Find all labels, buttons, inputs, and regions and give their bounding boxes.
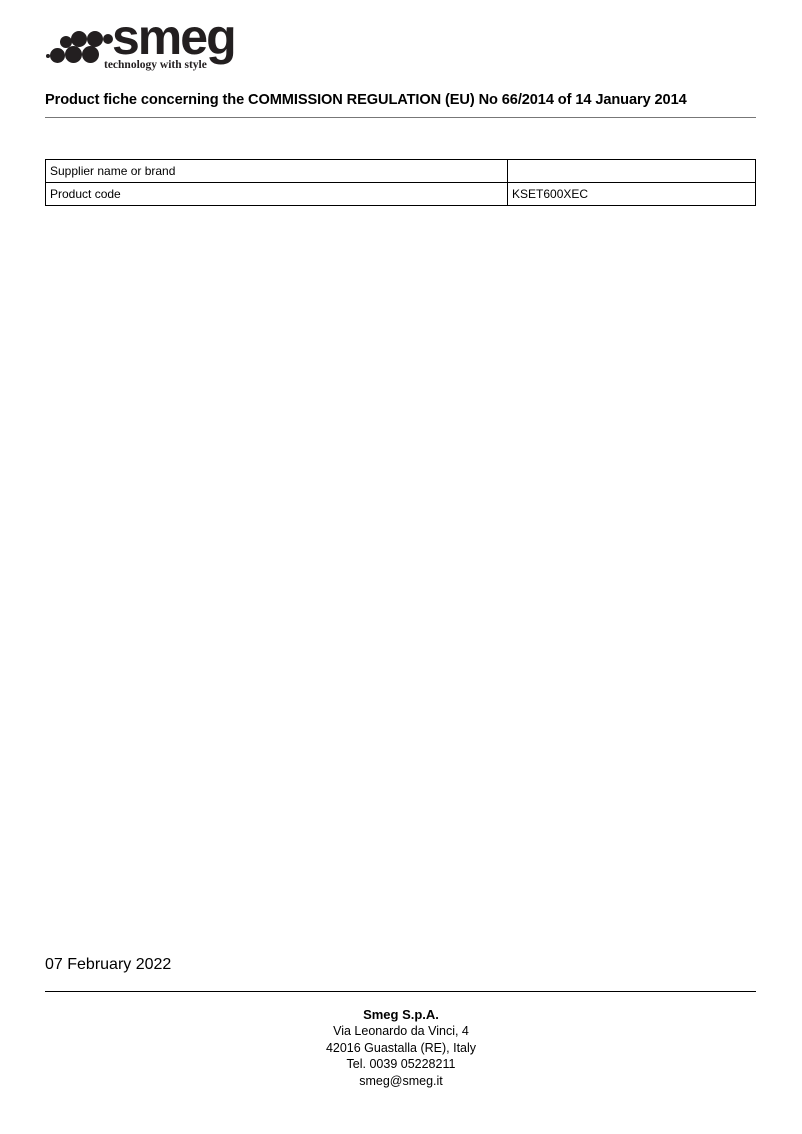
table-row: Product code KSET600XEC	[46, 183, 756, 206]
document-date: 07 February 2022	[45, 956, 171, 974]
product-fiche-table: Supplier name or brand Product code KSET…	[45, 159, 756, 206]
brand-wordmark: smeg	[112, 12, 235, 62]
table-row: Supplier name or brand	[46, 160, 756, 183]
title-divider	[45, 117, 756, 118]
product-code-label: Product code	[46, 183, 508, 206]
supplier-label: Supplier name or brand	[46, 160, 508, 183]
brand-tagline: technology with style	[104, 59, 207, 71]
address-line-1: Via Leonardo da Vinci, 4	[0, 1023, 802, 1039]
company-name: Smeg S.p.A.	[0, 1007, 802, 1023]
supplier-value	[508, 160, 756, 183]
footer: Smeg S.p.A. Via Leonardo da Vinci, 4 420…	[0, 1007, 802, 1089]
product-code-value: KSET600XEC	[508, 183, 756, 206]
address-line-2: 42016 Guastalla (RE), Italy	[0, 1040, 802, 1056]
page-title: Product fiche concerning the COMMISSION …	[45, 92, 687, 108]
phone-number: Tel. 0039 05228211	[0, 1056, 802, 1072]
smeg-logo: smeg technology with style	[46, 26, 246, 76]
email-address: smeg@smeg.it	[0, 1073, 802, 1089]
footer-divider	[45, 991, 756, 992]
